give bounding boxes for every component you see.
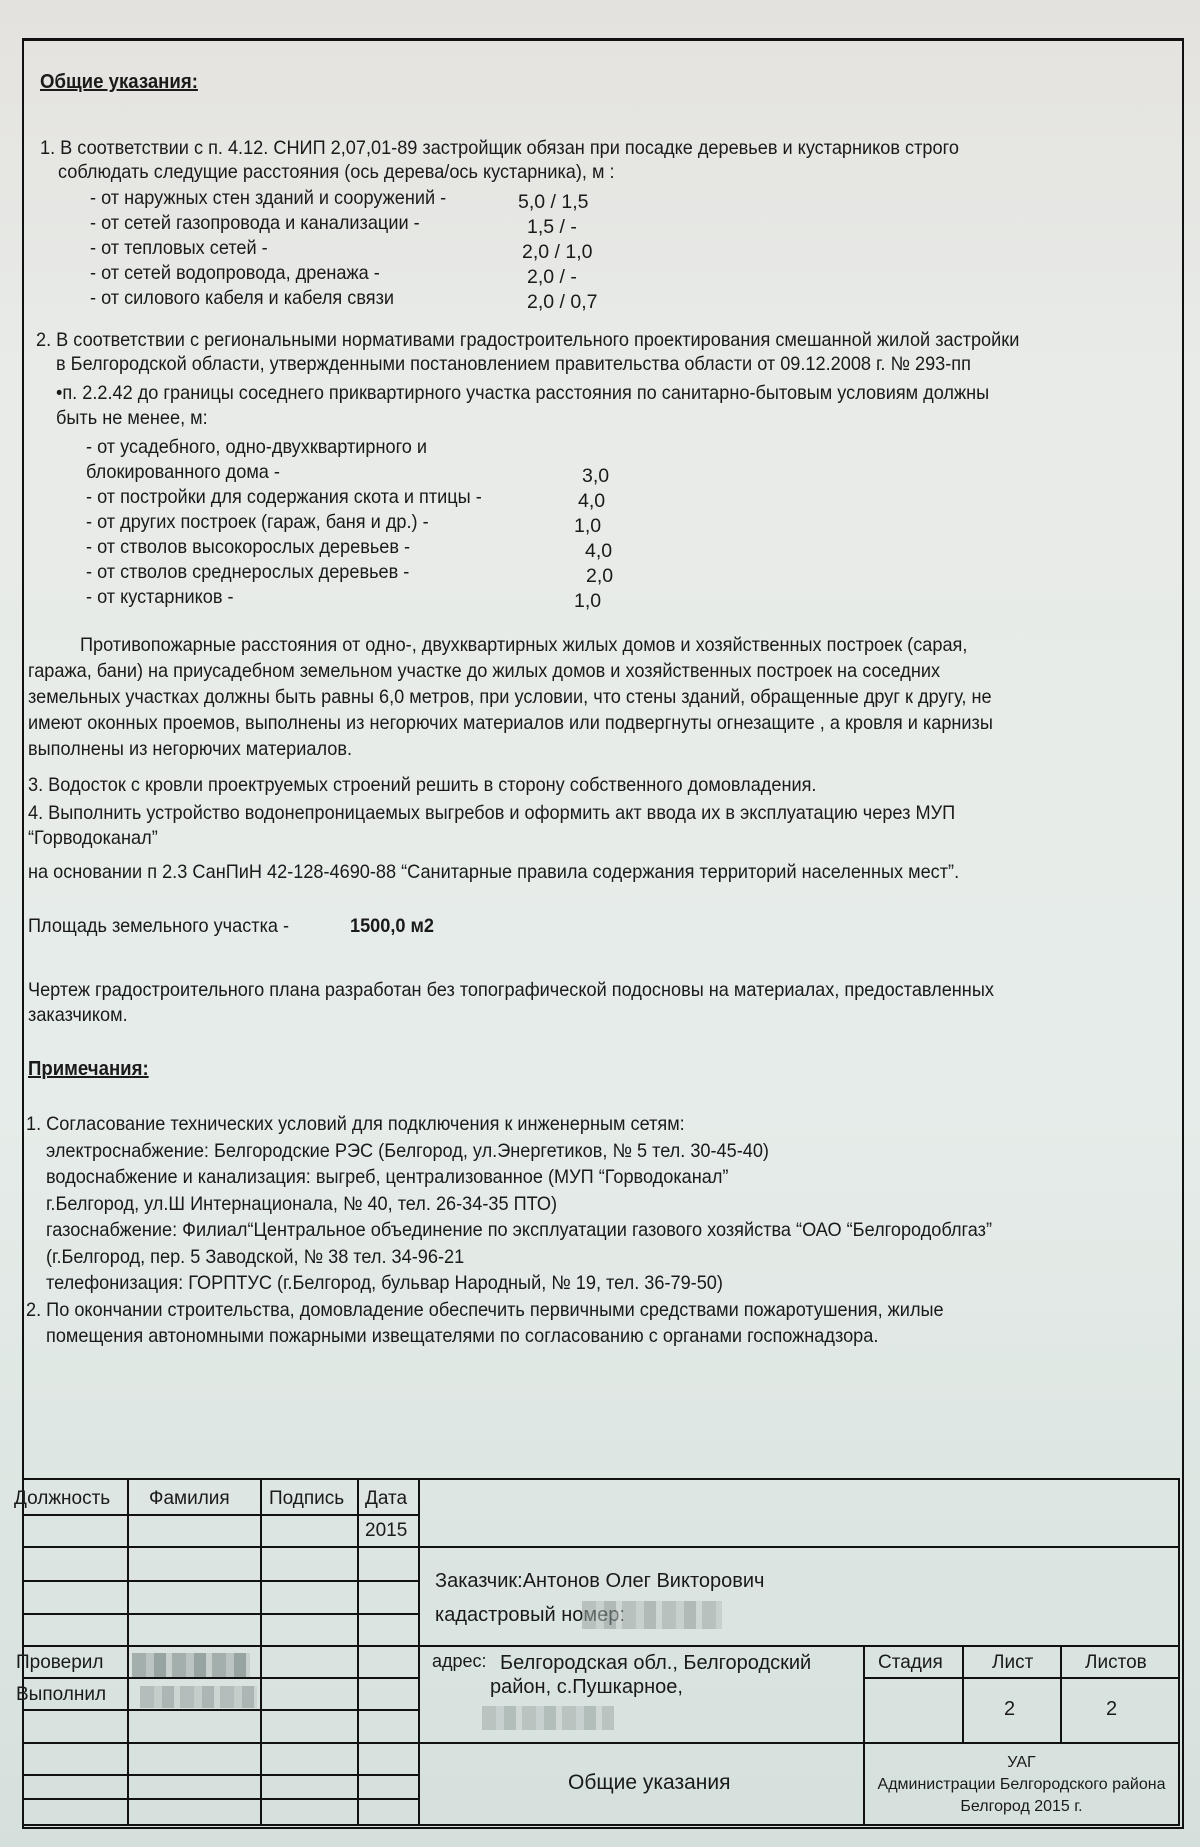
redacted-address-street [482, 1706, 614, 1730]
notes-line: 2. По окончании строительства, домовладе… [26, 1298, 944, 1322]
org-line1: УАГ [863, 1752, 1180, 1774]
item2-row-value: 4,0 [585, 539, 612, 563]
address-line1: Белгородская обл., Белгородский [500, 1652, 811, 1674]
drawing-title: Общие указания [568, 1772, 730, 1794]
item1-row-label: - от силового кабеля и кабеля связи [90, 286, 394, 310]
title-block: Должность Фамилия Подпись Дата 2015 Пров… [22, 1478, 1180, 1826]
header-position: Должность [14, 1488, 110, 1510]
item1-row-label: - от сетей водопровода, дренажа - [90, 261, 380, 285]
item2-line2: в Белгородской области, утвержденными по… [56, 352, 971, 376]
redacted-cadastral-number [582, 1601, 722, 1629]
item1-line2: соблюдать следущие расстояния (ось дерев… [58, 160, 615, 184]
notes-line: электроснабжение: Белгородские РЭС (Белг… [46, 1139, 769, 1163]
item4-line1: 4. Выполнить устройство водонепроницаемы… [28, 801, 955, 825]
sheets-value: 2 [1106, 1698, 1117, 1720]
item1-row-value: 2,0 / - [527, 265, 577, 289]
document-sheet: Общие указания: 1. В соответствии с п. 4… [0, 0, 1200, 1847]
item2-row-label: - от стволов высокорослых деревьев - [86, 535, 410, 559]
item4-line3: на основании п 2.3 СанПиН 42-128-4690-88… [28, 860, 959, 884]
item2-row-label: - от других построек (гараж, баня и др.)… [86, 510, 429, 534]
notes-line: 1. Согласование технических условий для … [26, 1112, 685, 1136]
drawing-note-line1: Чертеж градостроительного плана разработ… [28, 978, 994, 1002]
item1-line1: 1. В соответствии с п. 4.12. СНИП 2,07,0… [40, 136, 959, 160]
redacted-checker-name [132, 1653, 250, 1677]
date-year: 2015 [365, 1520, 407, 1542]
item1-row-value: 2,0 / 0,7 [527, 290, 597, 314]
notes-line: газоснабжение: Филиал“Центральное объеди… [46, 1218, 992, 1242]
item2-row-value: 2,0 [586, 564, 613, 588]
sheets-label: Листов [1085, 1652, 1147, 1674]
drawing-note-line2: заказчиком. [28, 1003, 128, 1027]
redacted-performer-name [140, 1686, 257, 1708]
notes-line: телефонизация: ГОРПТУС (г.Белгород, буль… [46, 1271, 723, 1295]
fire-paragraph-line: гаража, бани) на приусадебном земельном … [28, 659, 940, 683]
item1-row-value: 5,0 / 1,5 [518, 190, 588, 214]
item2-row-label: - от кустарников - [86, 585, 234, 609]
item1-row-label: - от тепловых сетей - [90, 236, 268, 260]
fire-paragraph-line: имеют оконных проемов, выполнены из него… [28, 711, 993, 735]
item2-line1: 2. В соответствии с региональными нормат… [36, 328, 1019, 352]
header-signature: Подпись [269, 1488, 344, 1510]
notes-heading: Примечания: [28, 1057, 149, 1081]
item2-row-label: блокированного дома - [86, 460, 280, 484]
item2-row-label: - от постройки для содержания скота и пт… [86, 485, 482, 509]
area-label: Площадь земельного участка - [28, 914, 289, 938]
customer: Заказчик:Антонов Олег Викторович [435, 1570, 764, 1592]
item1-row-label: - от наружных стен зданий и сооружений - [90, 186, 446, 210]
general-heading: Общие указания: [40, 70, 198, 94]
notes-line: помещения автономными пожарными извещате… [46, 1324, 878, 1348]
stage-label: Стадия [878, 1652, 943, 1674]
item2-row-value: 1,0 [574, 589, 601, 613]
item1-row-value: 1,5 / - [527, 215, 577, 239]
item2-row-label: - от усадебного, одно-двухквартирного и [86, 435, 427, 459]
notes-line: (г.Белгород, пер. 5 Заводской, № 38 тел.… [46, 1245, 464, 1269]
item2-row-label: - от стволов среднерослых деревьев - [86, 560, 409, 584]
address-line2: район, с.Пушкарное, [490, 1676, 683, 1698]
header-date: Дата [365, 1488, 407, 1510]
address-label: адрес: [432, 1650, 487, 1672]
area-value: 1500,0 м2 [350, 914, 434, 938]
item2-row-value: 4,0 [578, 489, 605, 513]
checked-label: Проверил [16, 1652, 104, 1674]
item2-line3: •п. 2.2.42 до границы соседнего прикварт… [56, 381, 989, 405]
sheet-label: Лист [992, 1652, 1033, 1674]
item2-line4: быть не менее, м: [56, 406, 208, 430]
org-line3: Белгород 2015 г. [863, 1796, 1180, 1818]
fire-paragraph-line: земельных участках должны быть равны 6,0… [28, 685, 992, 709]
item4-line2: “Горводоканал” [28, 826, 158, 850]
header-surname: Фамилия [149, 1488, 230, 1510]
fire-paragraph-line: Противопожарные расстояния от одно-, дву… [80, 633, 967, 657]
notes-line: водоснабжение и канализация: выгреб, цен… [46, 1165, 728, 1189]
item1-row-value: 2,0 / 1,0 [522, 240, 592, 264]
item3: 3. Водосток с кровли проектруемых строен… [28, 773, 816, 797]
org-line2: Администрации Белгородского района [863, 1774, 1180, 1796]
item2-row-value: 1,0 [574, 514, 601, 538]
notes-line: г.Белгород, ул.Ш Интернационала, № 40, т… [46, 1192, 557, 1216]
item2-row-value: 3,0 [582, 464, 609, 488]
item1-row-label: - от сетей газопровода и канализации - [90, 211, 420, 235]
fire-paragraph-line: выполнены из негорючих материалов. [28, 737, 352, 761]
sheet-value: 2 [1004, 1698, 1015, 1720]
performed-label: Выполнил [16, 1684, 106, 1706]
